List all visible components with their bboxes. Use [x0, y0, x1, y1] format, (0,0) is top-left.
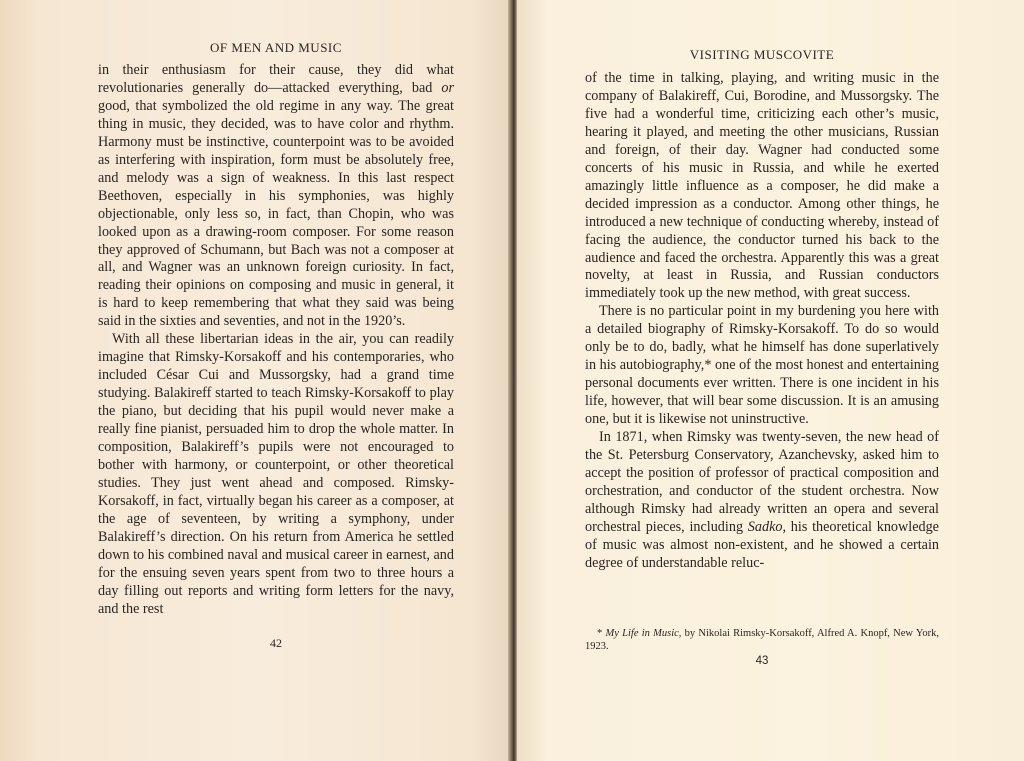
right-page-body: of the time in talking, playing, and wri… — [585, 70, 939, 573]
running-head-right: VISITING MUSCOVITE — [585, 47, 939, 63]
text-run: in their enthusiasm for their cause, the… — [98, 62, 454, 96]
paragraph: With all these libertarian ideas in the … — [98, 331, 454, 618]
page-number-right: 43 — [585, 655, 939, 667]
running-head-left: OF MEN AND MUSIC — [98, 40, 454, 56]
footnote-marker: * — [585, 628, 602, 639]
text-run: good, that symbolized the old regime in … — [98, 98, 454, 329]
paragraph: In 1871, when Rimsky was twenty-seven, t… — [585, 429, 939, 573]
paragraph: in their enthusiasm for their cause, the… — [98, 62, 454, 331]
italic-emphasis: or — [441, 80, 454, 96]
footnote: * My Life in Music, by Nikolai Rimsky-Ko… — [585, 627, 939, 653]
paragraph: of the time in talking, playing, and wri… — [585, 70, 939, 303]
italic-title: Sadko, — [748, 519, 786, 535]
right-page: VISITING MUSCOVITE of the time in talkin… — [517, 0, 1024, 761]
footnote-book-title: My Life in Music, — [606, 628, 682, 639]
paragraph: There is no particular point in my burde… — [585, 303, 939, 429]
page-number-left: 42 — [98, 636, 454, 651]
left-page: OF MEN AND MUSIC in their enthusiasm for… — [0, 0, 512, 761]
left-page-body: in their enthusiasm for their cause, the… — [98, 62, 454, 619]
